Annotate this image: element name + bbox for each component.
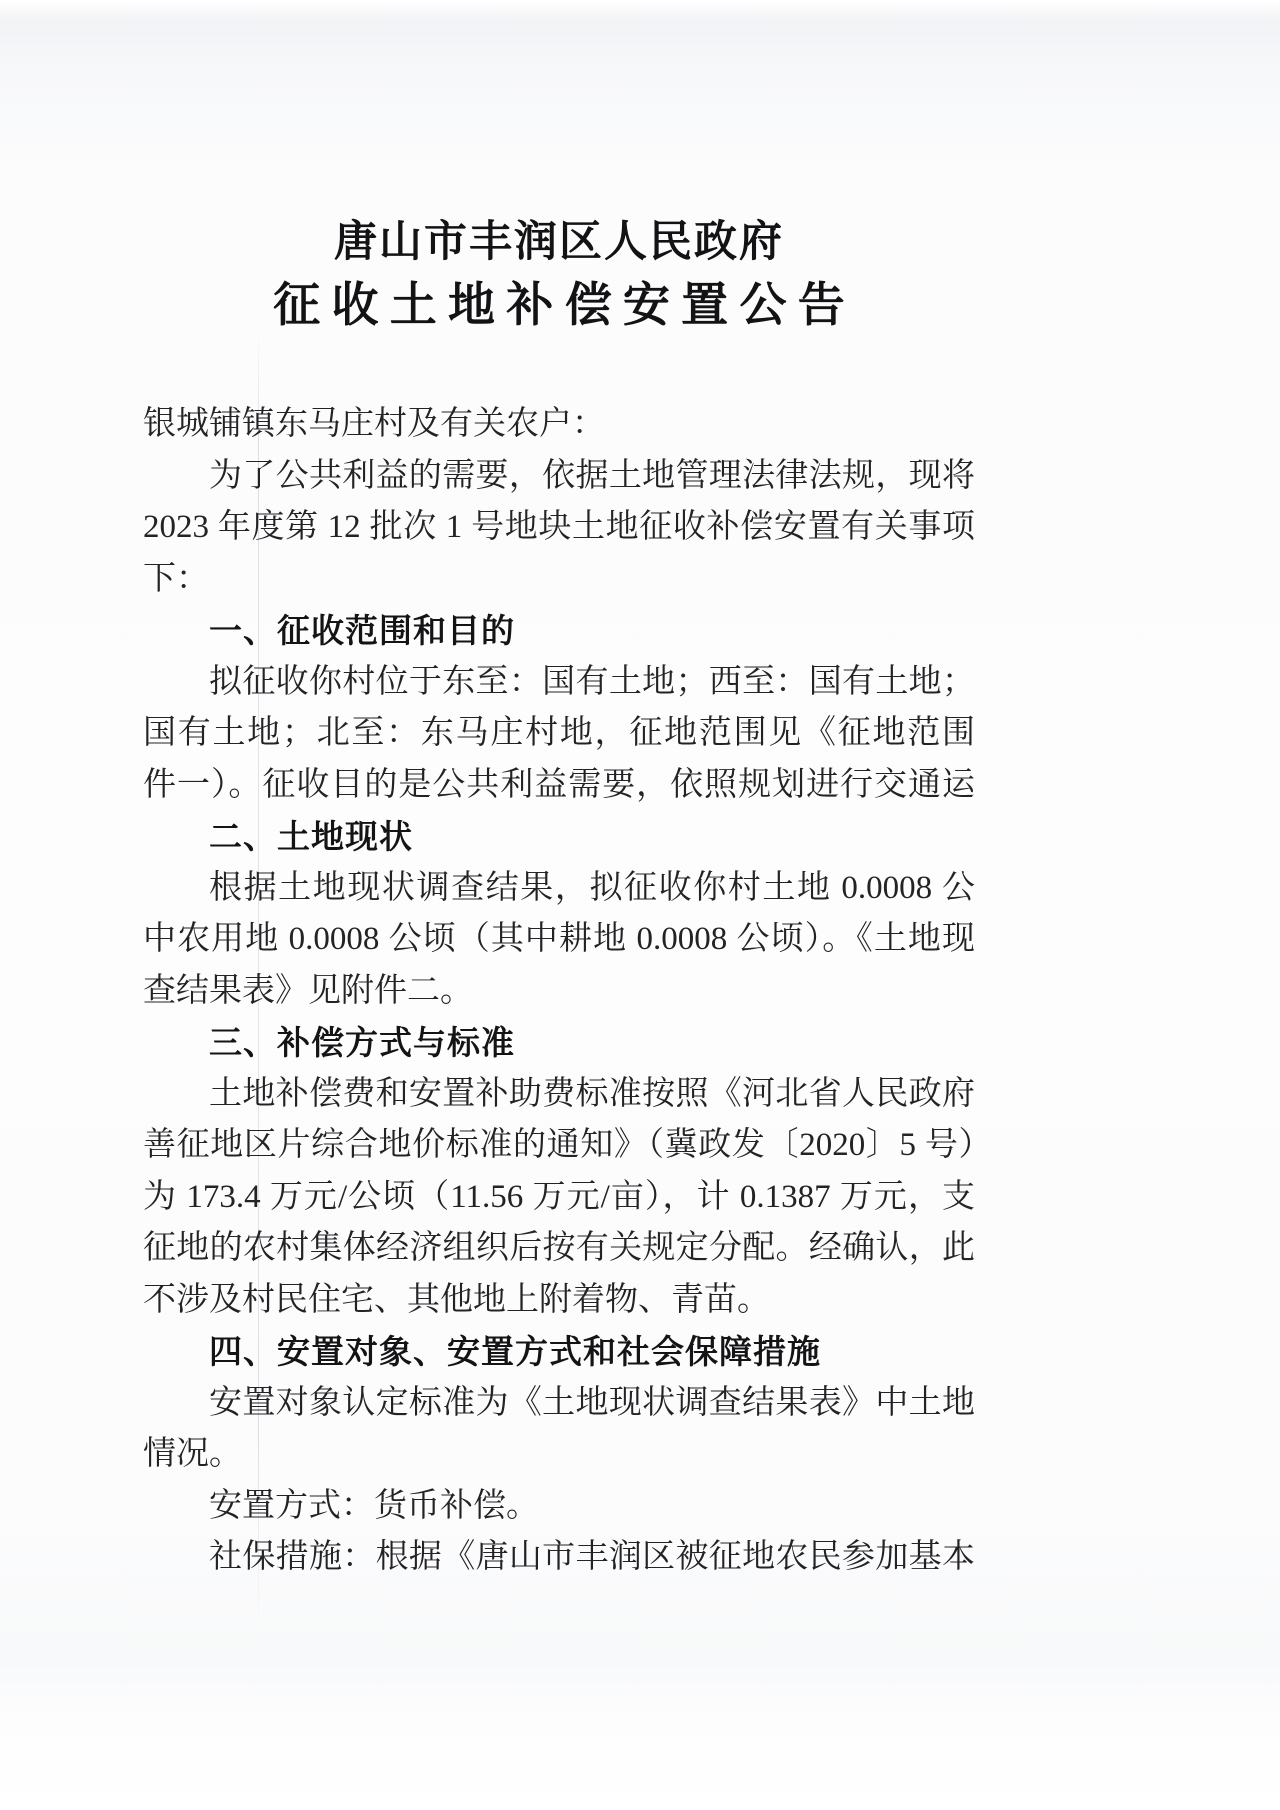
salutation-line: 银城铺镇东马庄村及有关农户： <box>143 399 975 451</box>
section-1-line: 国有土地；北至：东马庄村地，征地范围见《征地范围图》（附 <box>143 708 975 760</box>
section-2-line: 中农用地 0.0008 公顷（其中耕地 0.0008 公顷）。《土地现状调 <box>143 914 975 966</box>
section-2-line: 查结果表》见附件二。 <box>143 966 975 1018</box>
document-title-authority: 唐山市丰润区人民政府 <box>143 208 975 269</box>
section-4-line: 安置方式：货币补偿。 <box>143 1481 975 1533</box>
section-3-line: 为 173.4 万元/公顷（11.56 万元/亩），计 0.1387 万元，支付… <box>143 1172 975 1224</box>
section-3-line: 征地的农村集体经济组织后按有关规定分配。经确认，此次征收 <box>143 1223 975 1275</box>
section-3-line: 不涉及村民住宅、其他地上附着物、青苗。 <box>143 1275 975 1327</box>
section-heading-4: 四、安置对象、安置方式和社会保障措施 <box>143 1326 975 1378</box>
paragraph-intro-line: 2023 年度第 12 批次 1 号地块土地征收补偿安置有关事项公告如 <box>143 502 975 554</box>
section-2-line: 根据土地现状调查结果，拟征收你村土地 0.0008 公顷，其 <box>143 863 975 915</box>
section-1-line: 拟征收你村位于东至：国有土地；西至：国有土地；南至： <box>143 657 975 709</box>
section-heading-3: 三、补偿方式与标准 <box>143 1017 975 1069</box>
section-heading-1: 一、征收范围和目的 <box>143 605 975 657</box>
paragraph-intro-line: 下： <box>143 554 975 606</box>
scanned-document-page: { "doc": { "title_line1": "唐山市丰润区人民政府", … <box>0 0 1280 1810</box>
section-4-line: 情况。 <box>143 1429 975 1481</box>
section-heading-2: 二、土地现状 <box>143 811 975 863</box>
paragraph-intro-line: 为了公共利益的需要，依据土地管理法律法规，现将唐山市 <box>143 451 975 503</box>
section-3-line: 善征地区片综合地价标准的通知》（冀政发〔2020〕5 号）执行， <box>143 1120 975 1172</box>
document-title-announcement: 征收土地补偿安置公告 <box>143 268 975 335</box>
section-3-line: 土地补偿费和安置补助费标准按照《河北省人民政府关于完 <box>143 1069 975 1121</box>
document-body: 银城铺镇东马庄村及有关农户： 为了公共利益的需要，依据土地管理法律法规，现将唐山… <box>143 399 975 1584</box>
section-1-line: 件一）。征收目的是公共利益需要，依照规划进行交通运输建设。 <box>143 760 975 812</box>
section-4-line: 社保措施：根据《唐山市丰润区被征地农民参加基本养老保 <box>143 1532 975 1584</box>
section-4-line: 安置对象认定标准为《土地现状调查结果表》中土地使用权 <box>143 1378 975 1430</box>
